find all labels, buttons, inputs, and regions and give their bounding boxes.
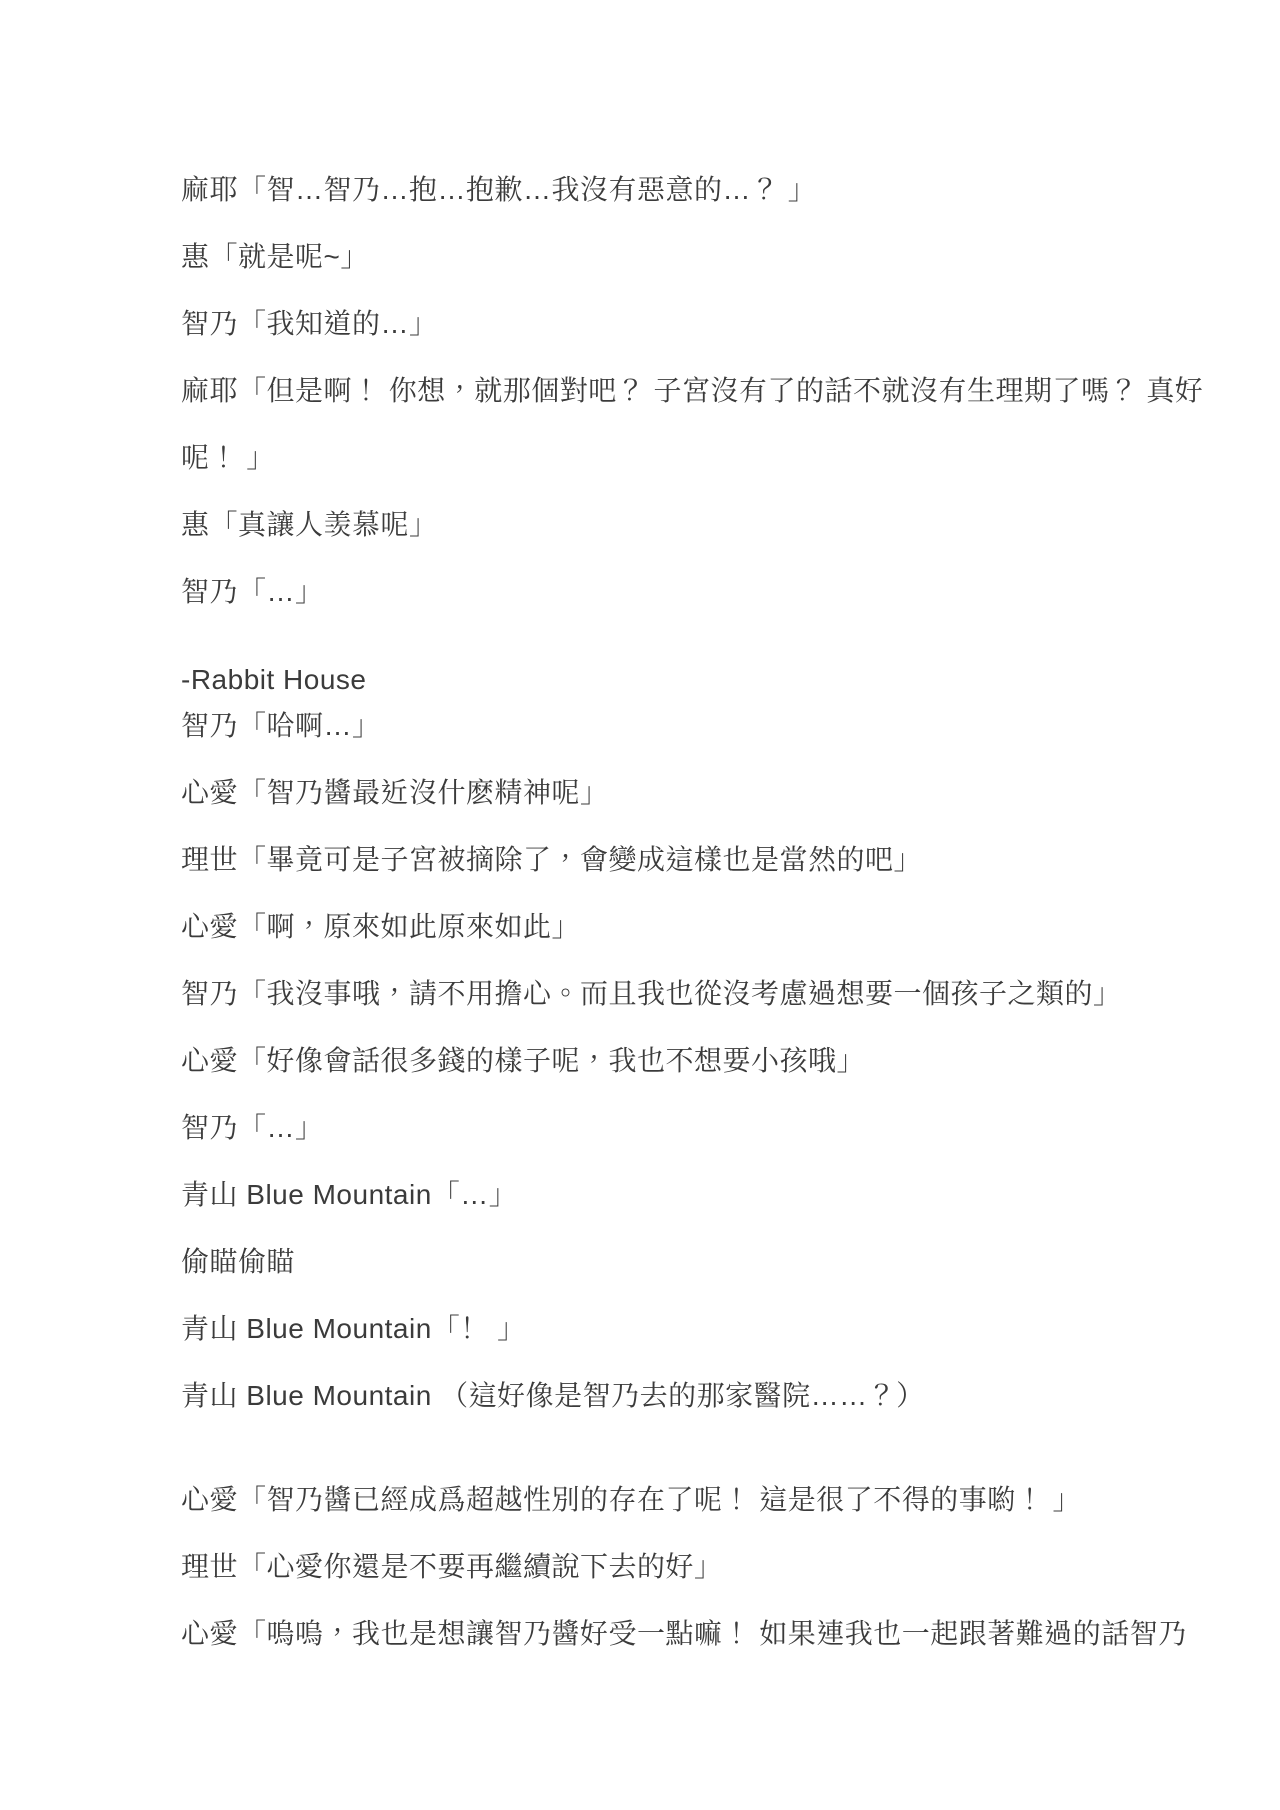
script-line: 心愛「好像會話很多錢的樣子呢，我也不想要小孩哦」	[181, 1041, 1220, 1081]
script-line: 智乃「哈啊…」	[181, 706, 1220, 746]
script-line: 智乃「…」	[181, 1108, 1220, 1148]
script-lines: 麻耶「智…智乃…抱…抱歉…我沒有惡意的…？ 」惠「就是呢~」智乃「我知道的…」麻…	[181, 170, 1220, 1654]
script-line: 麻耶「但是啊！ 你想，就那個對吧？ 子宮沒有了的話不就沒有生理期了嗎？ 真好	[181, 371, 1220, 411]
script-line: 智乃「我知道的…」	[181, 304, 1220, 344]
script-line: 麻耶「智…智乃…抱…抱歉…我沒有惡意的…？ 」	[181, 170, 1220, 210]
script-line: -Rabbit House	[181, 660, 1220, 700]
script-line: 智乃「我沒事哦，請不用擔心。而且我也從沒考慮過想要一個孩子之類的」	[181, 974, 1220, 1014]
script-line: 青山 Blue Mountain「…」	[181, 1175, 1220, 1215]
script-line: 惠「真讓人羡慕呢」	[181, 505, 1220, 545]
script-line: 理世「畢竟可是子宮被摘除了，會變成這樣也是當然的吧」	[181, 840, 1220, 880]
script-line: 心愛「嗚嗚，我也是想讓智乃醬好受一點嘛！ 如果連我也一起跟著難過的話智乃	[181, 1614, 1220, 1654]
script-line: 心愛「智乃醬已經成爲超越性別的存在了呢！ 這是很了不得的事喲！ 」	[181, 1480, 1220, 1520]
script-line: 心愛「啊，原來如此原來如此」	[181, 907, 1220, 947]
script-line: 智乃「…」	[181, 572, 1220, 612]
script-line: 青山 Blue Mountain （這好像是智乃去的那家醫院……？）	[181, 1376, 1220, 1416]
document-page: 麻耶「智…智乃…抱…抱歉…我沒有惡意的…？ 」惠「就是呢~」智乃「我知道的…」麻…	[0, 0, 1280, 1810]
script-line: 偷瞄偷瞄	[181, 1242, 1220, 1282]
script-line: 理世「心愛你還是不要再繼續說下去的好」	[181, 1547, 1220, 1587]
script-line: 心愛「智乃醬最近沒什麽精神呢」	[181, 773, 1220, 813]
script-line: 惠「就是呢~」	[181, 237, 1220, 277]
script-line: 呢！ 」	[181, 438, 1220, 478]
script-line: 青山 Blue Mountain「！ 」	[181, 1309, 1220, 1349]
